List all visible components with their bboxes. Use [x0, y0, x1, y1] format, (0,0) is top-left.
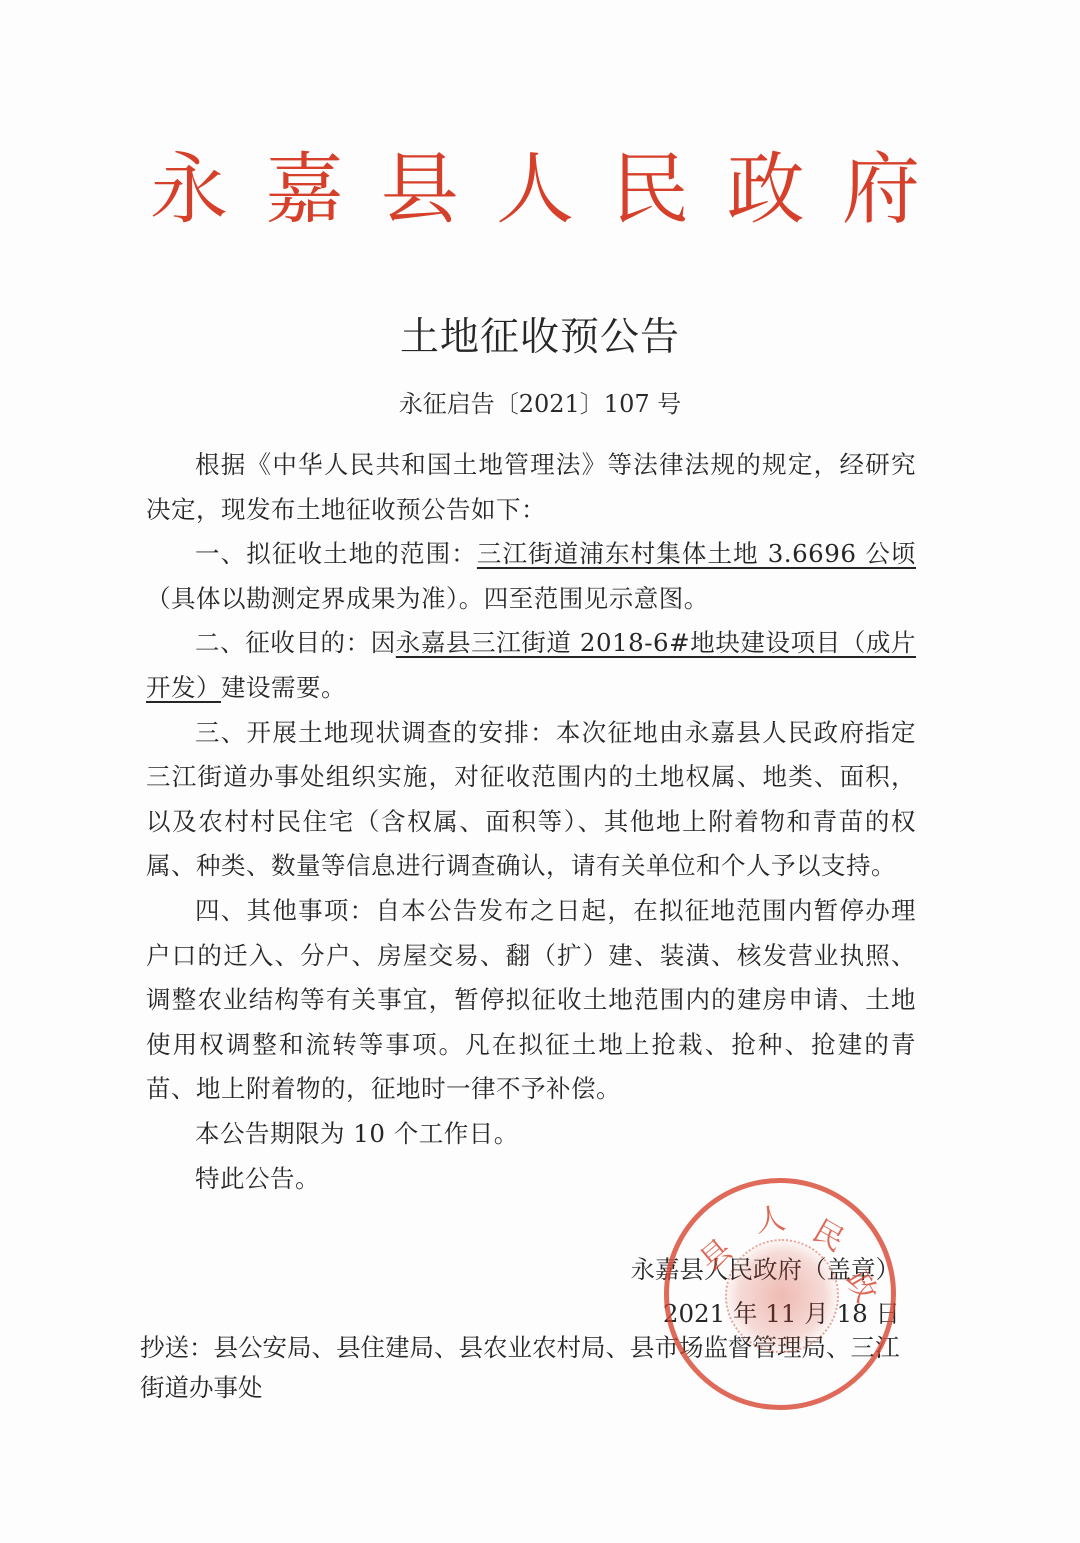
masthead-char: 县 [381, 140, 459, 240]
section-purpose: 二、征收目的：因永嘉县三江街道 2018-6#地块建设项目（成片开发）建设需要。 [146, 621, 916, 710]
signature-block: 永嘉县人民政府（盖章） 2021 年 11 月 18 日 [560, 1248, 900, 1336]
document-title: 土地征收预公告 [0, 306, 1080, 362]
issuer-masthead: 永 嘉 县 人 民 政 府 [150, 140, 920, 240]
section-scope: 一、拟征收土地的范围：三江街道浦东村集体土地 3.6696 公顷（具体以勘测定界… [146, 532, 916, 621]
section-purpose-prefix: 二、征收目的：因 [195, 628, 396, 657]
period-paragraph: 本公告期限为 10 个工作日。 [146, 1112, 916, 1157]
masthead-char: 民 [611, 140, 689, 240]
document-number: 永征启告〔2021〕107 号 [0, 384, 1080, 419]
masthead-char: 府 [842, 140, 920, 240]
intro-paragraph: 根据《中华人民共和国土地管理法》等法律法规的规定，经研究决定，现发布土地征收预公… [146, 443, 916, 532]
masthead-char: 政 [727, 140, 805, 240]
signature-issuer: 永嘉县人民政府（盖章） [560, 1248, 900, 1292]
land-scope-value: 三江街道浦东村集体土地 3.6696 公顷 [477, 539, 916, 568]
section-other: 四、其他事项：自本公告发布之日起，在拟征地范围内暂停办理户口的迁入、分户、房屋交… [146, 889, 916, 1112]
closing-paragraph: 特此公告。 [146, 1157, 916, 1202]
section-purpose-suffix: 建设需要。 [221, 673, 346, 702]
section-survey: 三、开展土地现状调查的安排：本次征地由永嘉县人民政府指定三江街道办事处组织实施，… [146, 711, 916, 889]
masthead-char: 嘉 [265, 140, 343, 240]
masthead-char: 人 [496, 140, 574, 240]
section-scope-suffix: （具体以勘测定界成果为准）。四至范围见示意图。 [146, 584, 709, 613]
document-body: 根据《中华人民共和国土地管理法》等法律法规的规定，经研究决定，现发布土地征收预公… [146, 443, 916, 1201]
masthead-char: 永 [150, 140, 228, 240]
section-scope-prefix: 一、拟征收土地的范围： [195, 539, 477, 568]
document-page: 永 嘉 县 人 民 政 府 土地征收预公告 永征启告〔2021〕107 号 根据… [0, 0, 1080, 1543]
cc-list: 抄送：县公安局、县住建局、县农业农村局、县市场监督管理局、三江街道办事处 [140, 1328, 920, 1408]
